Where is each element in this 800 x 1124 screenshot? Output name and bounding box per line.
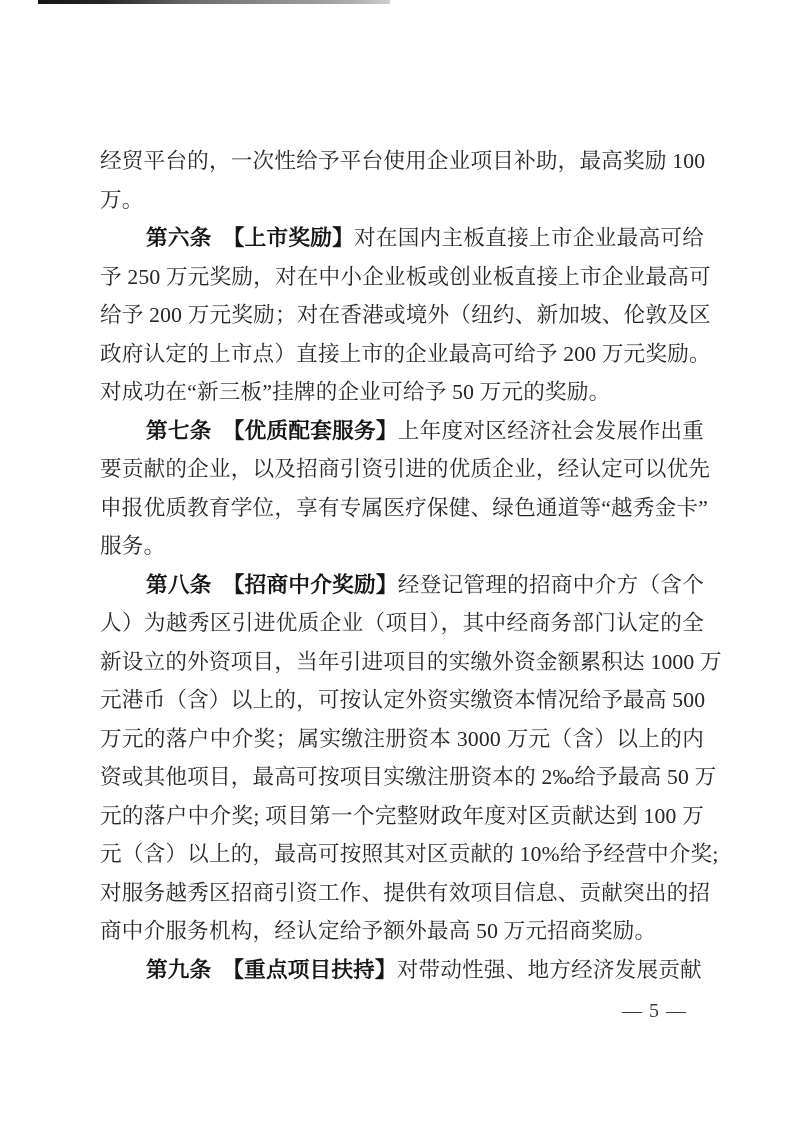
text-line: 新设立的外资项目，当年引进项目的实缴外资金额累积达 1000 万	[100, 643, 704, 682]
text-line: 元（含）以上的，最高可按照其对区贡献的 10%给予经营中介奖;	[100, 835, 704, 874]
article-heading: 第七条 【优质配套服务】	[146, 418, 398, 443]
text-line: 第六条 【上市奖励】对在国内主板直接上市企业最高可给	[100, 219, 704, 258]
body-text: 申报优质教育学位，享有专属医疗保健、绿色通道等“越秀金卡”	[100, 496, 708, 520]
text-line: 给予 200 万元奖励；对在香港或境外（纽约、新加坡、伦敦及区	[100, 296, 704, 335]
article-7: 第七条 【优质配套服务】上年度对区经济社会发展作出重要贡献的企业，以及招商引资引…	[100, 412, 704, 566]
body-text: 经贸平台的，一次性给予平台使用企业项目补助，最高奖励 100	[100, 149, 705, 173]
article-heading: 第八条 【招商中介奖励】	[146, 572, 398, 597]
article-heading: 第九条 【重点项目扶持】	[146, 957, 397, 982]
body-text: 政府认定的上市点）直接上市的企业最高可给予 200 万元奖励。	[100, 342, 711, 366]
article-9: 第九条 【重点项目扶持】对带动性强、地方经济发展贡献	[100, 951, 704, 990]
body-text: 给予 200 万元奖励；对在香港或境外（纽约、新加坡、伦敦及区	[100, 303, 711, 327]
article-8: 第八条 【招商中介奖励】经登记管理的招商中介方（含个人）为越秀区引进优质企业（项…	[100, 566, 704, 951]
text-line: 要贡献的企业，以及招商引资引进的优质企业，经认定可以优先	[100, 450, 704, 489]
text-line: 对服务越秀区招商引资工作、提供有效项目信息、贡献突出的招	[100, 874, 704, 913]
body-text: 对成功在“新三板”挂牌的企业可给予 50 万元的奖励。	[100, 380, 610, 404]
article-heading: 第六条 【上市奖励】	[146, 225, 354, 250]
scan-artifact-top-strip	[38, 0, 390, 4]
body-text: 万。	[100, 188, 144, 212]
body-text: 人）为越秀区引进优质企业（项目），其中经商务部门认定的全	[100, 611, 704, 635]
paragraph-continuation: 经贸平台的，一次性给予平台使用企业项目补助，最高奖励 100万。	[100, 142, 704, 219]
text-line: 申报优质教育学位，享有专属医疗保健、绿色通道等“越秀金卡”	[100, 489, 704, 528]
text-line: 万元的落户中介奖；属实缴注册资本 3000 万元（含）以上的内	[100, 720, 704, 759]
text-line: 予 250 万元奖励，对在中小企业板或创业板直接上市企业最高可	[100, 258, 704, 297]
body-text: 要贡献的企业，以及招商引资引进的优质企业，经认定可以优先	[100, 457, 710, 481]
body-text: 对在国内主板直接上市企业最高可给	[354, 226, 704, 250]
text-line: 经贸平台的，一次性给予平台使用企业项目补助，最高奖励 100	[100, 142, 704, 181]
text-line: 对成功在“新三板”挂牌的企业可给予 50 万元的奖励。	[100, 373, 704, 412]
document-body: 经贸平台的，一次性给予平台使用企业项目补助，最高奖励 100万。第六条 【上市奖…	[100, 142, 704, 989]
body-text: 商中介服务机构，经认定给予额外最高 50 万元招商奖励。	[100, 919, 656, 943]
body-text: 对带动性强、地方经济发展贡献	[397, 958, 702, 982]
text-line: 第九条 【重点项目扶持】对带动性强、地方经济发展贡献	[100, 951, 704, 990]
body-text: 上年度对区经济社会发展作出重	[398, 419, 704, 443]
body-text: 经登记管理的招商中介方（含个	[398, 573, 704, 597]
text-line: 第八条 【招商中介奖励】经登记管理的招商中介方（含个	[100, 566, 704, 605]
body-text: 资或其他项目，最高可按项目实缴注册资本的 2‰给予最高 50 万	[100, 765, 716, 789]
text-line: 元港币（含）以上的，可按认定外资实缴资本情况给予最高 500	[100, 681, 704, 720]
text-line: 政府认定的上市点）直接上市的企业最高可给予 200 万元奖励。	[100, 335, 704, 374]
text-line: 商中介服务机构，经认定给予额外最高 50 万元招商奖励。	[100, 912, 704, 951]
body-text: 新设立的外资项目，当年引进项目的实缴外资金额累积达 1000 万	[100, 650, 722, 674]
text-line: 万。	[100, 181, 704, 220]
article-6: 第六条 【上市奖励】对在国内主板直接上市企业最高可给予 250 万元奖励，对在中…	[100, 219, 704, 412]
text-line: 第七条 【优质配套服务】上年度对区经济社会发展作出重	[100, 412, 704, 451]
page-number: — 5 —	[622, 1000, 722, 1023]
body-text: 元的落户中介奖; 项目第一个完整财政年度对区贡献达到 100 万	[100, 804, 704, 828]
text-line: 资或其他项目，最高可按项目实缴注册资本的 2‰给予最高 50 万	[100, 758, 704, 797]
body-text: 对服务越秀区招商引资工作、提供有效项目信息、贡献突出的招	[100, 881, 710, 905]
body-text: 服务。	[100, 534, 165, 558]
text-line: 元的落户中介奖; 项目第一个完整财政年度对区贡献达到 100 万	[100, 797, 704, 836]
body-text: 万元的落户中介奖；属实缴注册资本 3000 万元（含）以上的内	[100, 727, 704, 751]
body-text: 予 250 万元奖励，对在中小企业板或创业板直接上市企业最高可	[100, 265, 711, 289]
body-text: 元港币（含）以上的，可按认定外资实缴资本情况给予最高 500	[100, 688, 705, 712]
body-text: 元（含）以上的，最高可按照其对区贡献的 10%给予经营中介奖;	[100, 842, 719, 866]
text-line: 人）为越秀区引进优质企业（项目），其中经商务部门认定的全	[100, 604, 704, 643]
text-line: 服务。	[100, 527, 704, 566]
